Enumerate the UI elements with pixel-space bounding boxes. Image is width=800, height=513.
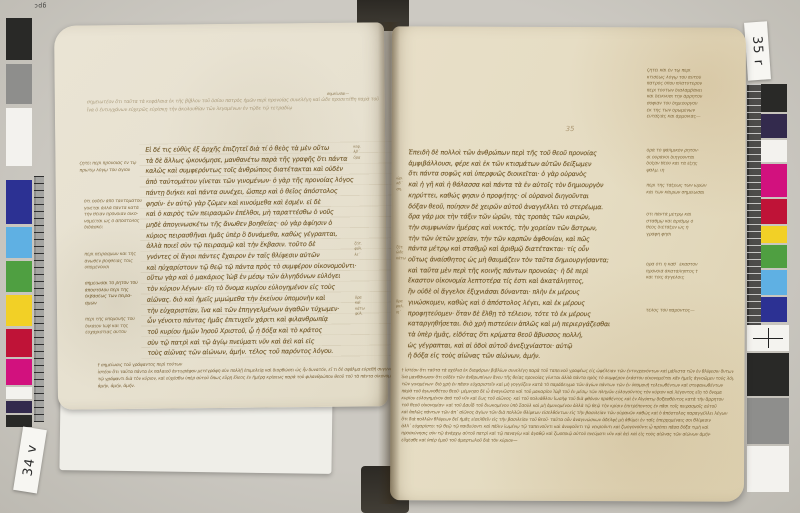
text-line: καὶ ἡ γῆ καὶ ἡ θάλασσα καὶ πάντα τὰ ἐν α… [408, 179, 646, 191]
color-patch-green [761, 245, 787, 268]
left-header-annotation: σημειωτέον ὅτι ταῦτα τὰ κεφάλαια ἐκ τῆς … [87, 96, 379, 115]
color-patch-cyan [761, 270, 787, 295]
color-patch-gray [6, 64, 32, 104]
text-line: τὴν συμφωνίαν ἡμέρας καὶ νυκτός, τὴν χορ… [408, 222, 646, 234]
text-line: οὕτως ἀναίσθητος ὡς μὴ θαυμάζειν τὸν ταῦ… [408, 254, 646, 266]
color-patch-yellow [6, 295, 32, 326]
ruler-right [747, 84, 761, 332]
right-footer-note: † ἰστέον ὅτι ταῦτα τὰ σχόλια ἐκ διαφόρων… [401, 367, 733, 445]
text-line: τέλος τοῦ παρόντος— [646, 308, 738, 315]
color-patch-black [747, 353, 789, 396]
page-right-35r: 35 Ἐπειδὴ δὲ πολλοὶ τῶν ἀνθρώπων περὶ τῆ… [390, 26, 746, 502]
text-line: κηρύττει, καθώς φησιν ὁ προφήτης· οἱ οὐρ… [408, 190, 646, 202]
text-line: καὶ τῶν καιρῶν σημείωσαι [646, 190, 738, 197]
registration-crosshair-icon [747, 325, 789, 351]
color-patch-red [6, 329, 32, 357]
text-line: τὰ ὑπὲρ ἡμᾶς, εἰδότας ὅτι κρίματα θεοῦ ἄ… [408, 329, 646, 341]
left-gutter-note: σημείωσαι— [327, 90, 367, 96]
text-line: πρώτῳ λόγῳ τοῦ ἁγίου [79, 167, 143, 174]
text-line: εὐχαριστίας αὐτοῦ [85, 330, 149, 337]
folio-label-left: 34 v [13, 427, 47, 494]
text-line: ἵνα ὁ ἐντυγχάνων εὐχερῶς εὑρίσκῃ τὴν ἀκο… [87, 105, 379, 116]
text-line: ψαλμ. ιη΄ [646, 168, 738, 175]
gutter-shadow [378, 22, 400, 504]
left-footer-note: † σημείωσις τοῦ γράψαντος περὶ τούτωνἰστ… [98, 359, 398, 390]
color-patch-magenta [761, 164, 787, 197]
ruler-left [34, 176, 44, 422]
page-number: 35 [566, 125, 575, 133]
text-line: γραφή φησι [646, 232, 738, 239]
color-patch-black [6, 415, 32, 427]
color-patch-white [6, 387, 32, 399]
right-main-text-block: Ἐπειδὴ δὲ πολλοὶ τῶν ἀνθρώπων περὶ τῆς τ… [408, 147, 647, 366]
right-margin-note: τέλος τοῦ παρόντος— [646, 308, 738, 315]
color-target-brand-label: gpc [34, 2, 46, 9]
manuscript-photo: gpc 34 v 35 r σημειωτέον ὅτι ταῦτα τὰ κε… [0, 0, 800, 513]
color-patch-gray [747, 398, 789, 444]
color-patch-blue [761, 297, 787, 322]
folio-label-left-text: 34 v [20, 443, 40, 477]
folio-label-right: 35 r [744, 21, 771, 80]
color-patch-white [761, 140, 787, 162]
color-patch-white [6, 108, 32, 166]
text-line: σημείωσαι— [327, 90, 367, 96]
color-patch-black [761, 84, 787, 112]
color-patch-red [761, 199, 787, 224]
text-line: καὶ τοῖς ἀγγέλοις [646, 276, 738, 283]
color-patch-purple [761, 114, 787, 138]
text-line: τοὺς αἰῶνας τῶν αἰώνων, ἀμήν. τέλος τοῦ … [147, 346, 383, 359]
right-margin-note: ζήτει καὶ ἐν τῷ περὶκτίσεως λόγῳ τοῦ αὐτ… [647, 68, 739, 121]
color-patch-white [747, 446, 789, 492]
color-patch-yellow [761, 226, 787, 243]
color-patch-magenta [6, 359, 32, 385]
left-margin-note: περὶ πειρασμῶν καὶ τῆςἄνωθεν βοηθείας το… [84, 252, 148, 272]
color-patch-cyan [6, 227, 32, 258]
text-line: Ἐπειδὴ δὲ πολλοὶ τῶν ἀνθρώπων περὶ τῆς τ… [408, 147, 646, 159]
text-line: ἣν οὐδὲ οἱ ἄγγελοι ἐξιχνιάσαι δύνανται· … [408, 286, 646, 298]
page-left-34v: σημειωτέον ὅτι ταῦτα τὰ κεφάλαια ἐκ τῆς … [54, 22, 388, 409]
left-margin-note: ζήτει περὶ προνοίας ἐν τῷπρώτῳ λόγῳ τοῦ … [79, 161, 143, 175]
right-margin-note: ὅτι πάντα μέτρῳ καὶσταθμῷ καὶ ἀριθμῷ ὁθε… [646, 212, 738, 239]
folio-label-right-text: 35 r [749, 35, 766, 66]
right-margin-note: ὅρα τὸ ψαλμικὸν ῥητόν·οἱ οὐρανοὶ διηγοῦν… [646, 148, 738, 175]
text-line: διδάσκει [84, 225, 148, 232]
left-margin-note: σημείωσαι τὸ ῥητὸν τοῦἀποστόλου περὶ τῆς… [85, 281, 149, 308]
color-patch-green [6, 261, 32, 292]
text-line: γινώσκομεν, καθὼς καὶ ὁ ἀπόστολος λέγει,… [408, 297, 646, 309]
color-patch-black [6, 18, 32, 60]
text-line: ὑπομένουσι [85, 265, 149, 272]
text-line: εὐταξίας καὶ ἁρμονίας— [647, 114, 739, 121]
text-line: εὔχεσθε καὶ ὑπὲρ ἐμοῦ τοῦ ἁμαρτωλοῦ διὰ … [401, 437, 733, 445]
text-line: ζήτει περὶ προνοίας ἐν τῷ [79, 161, 143, 168]
right-margin-note: ὅρα ὅτι ἡ καθ᾽ ἕκαστονπρόνοια ἀκατάληπτο… [646, 262, 738, 282]
left-main-text-block: Εἰ δέ τις εὐθὺς ἐξ ἀρχῆς ἐπιζητεῖ διὰ τί… [145, 142, 383, 360]
left-margin-note: ὅτι οὐδὲν ἀπὸ ταὐτομάτουγίνεται ἀλλὰ πάν… [84, 199, 148, 233]
color-patch-blue [6, 180, 32, 224]
text-line: ἡ δόξα εἰς τοὺς αἰῶνας τῶν αἰώνων, ἀμήν. [408, 351, 646, 363]
color-patch-purple [6, 401, 32, 413]
text-line: σμῶν [85, 301, 149, 308]
left-margin-note: περὶ τῆς ὑπομονῆς τοῦδικαίου Ἰὼβ καὶ τῆς… [85, 317, 149, 337]
right-margin-note: περὶ τῆς τάξεως τῶν ὡρῶνκαὶ τῶν καιρῶν σ… [646, 183, 738, 197]
